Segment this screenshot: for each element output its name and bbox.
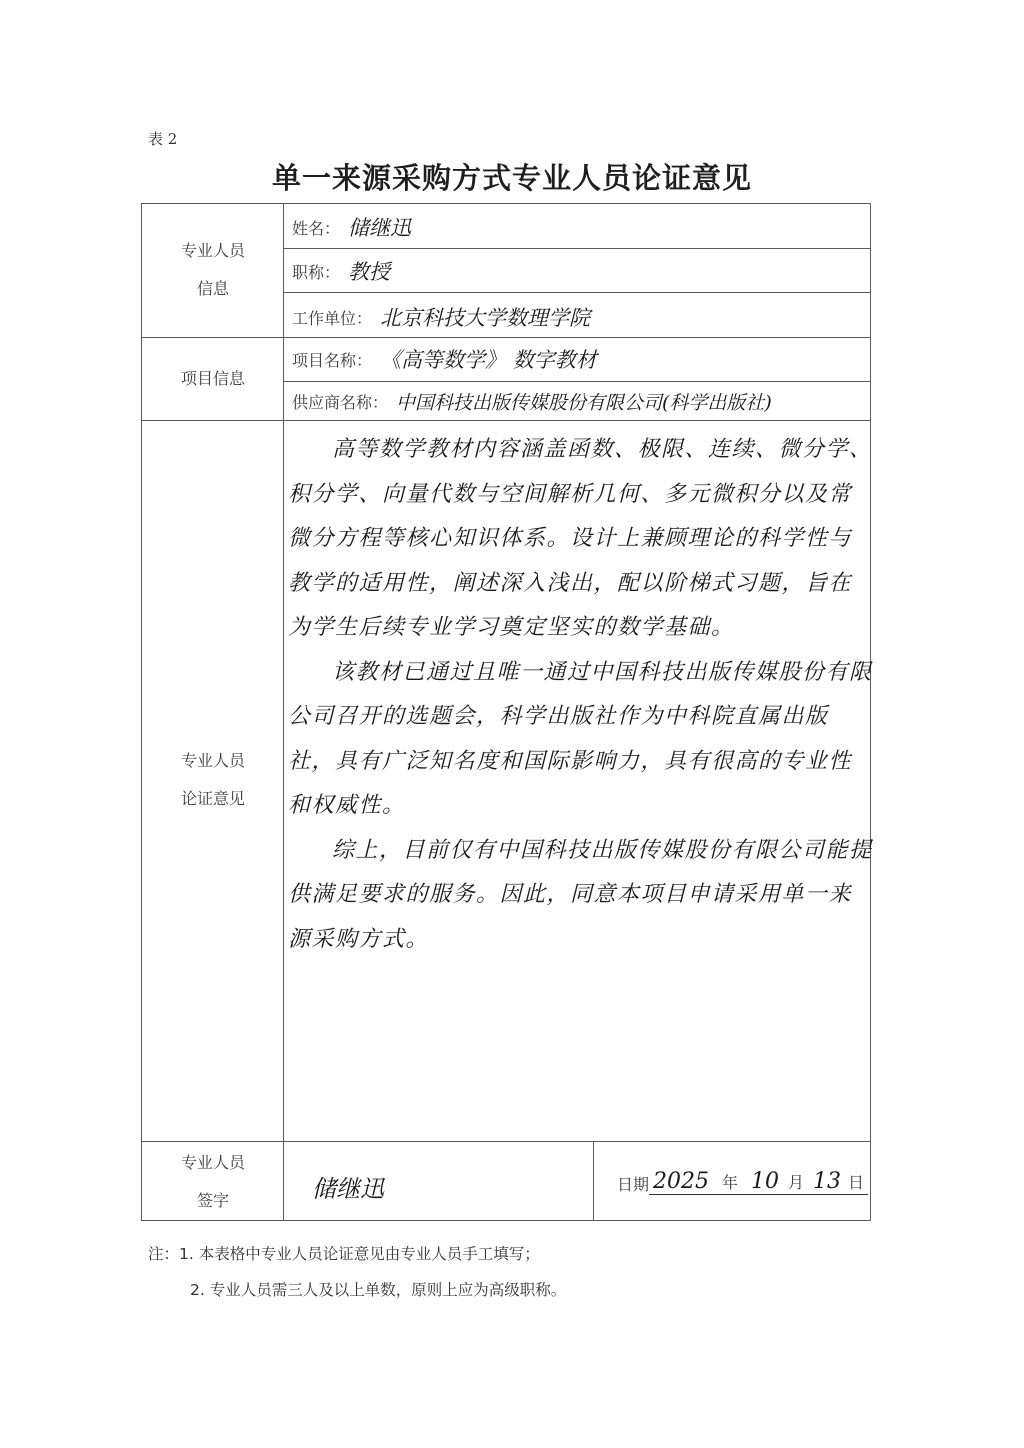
title-value: 教授: [348, 256, 390, 286]
date-month: 10: [751, 1169, 779, 1194]
project-name-label: 项目名称：: [292, 348, 372, 371]
table-number: 表 2: [148, 128, 177, 149]
title-label: 职称：: [292, 260, 340, 283]
page-title: 单一来源采购方式专业人员论证意见: [0, 156, 1024, 197]
footnotes: 注：1. 本表格中专业人员论证意见由专业人员手工填写； 2. 专业人员需三人及以…: [148, 1236, 566, 1308]
signature-row: 储继迅 日期 2025 年 10 月 13 日: [142, 1141, 871, 1220]
title-row: 职称： 教授: [292, 256, 390, 286]
org-label: 工作单位：: [292, 306, 372, 329]
date-day: 13: [813, 1169, 841, 1194]
row-divider: [283, 248, 871, 249]
date-label: 日期: [617, 1172, 649, 1195]
year-unit: 年: [722, 1173, 738, 1192]
name-label: 姓名：: [292, 216, 340, 239]
section-divider: [142, 337, 871, 338]
handwritten-signature: 储继迅: [312, 1169, 384, 1204]
org-value: 北京科技大学数理学院: [380, 302, 590, 332]
org-row: 工作单位： 北京科技大学数理学院: [292, 302, 590, 332]
date-year: 2025: [653, 1169, 709, 1194]
month-unit: 月: [788, 1173, 804, 1192]
date-underline: 2025 年 10 月 13 日: [649, 1169, 868, 1195]
note-2: 2. 专业人员需三人及以上单数，原则上应为高级职称。: [148, 1272, 566, 1308]
opinion-text: 高等数学教材内容涵盖函数、极限、连续、微分学、积分学、向量代数与空间解析几何、多…: [288, 428, 873, 962]
opinion-paragraph: 该教材已通过且唯一通过中国科技出版传媒股份有限公司召开的选题会，科学出版社作为中…: [288, 651, 873, 829]
project-name-value: 《高等数学》 数字教材: [380, 344, 597, 374]
row-divider: [283, 381, 871, 382]
row-divider: [283, 292, 871, 293]
expert-info-label: 专业人员 信息: [142, 232, 284, 308]
note-1: 注：1. 本表格中专业人员论证意见由专业人员手工填写；: [148, 1236, 566, 1272]
day-unit: 日: [848, 1173, 864, 1192]
supplier-row: 供应商名称： 中国科技出版传媒股份有限公司(科学出版社): [292, 386, 772, 416]
opinion-paragraph: 综上，目前仅有中国科技出版传媒股份有限公司能提供满足要求的服务。因此，同意本项目…: [288, 829, 873, 963]
opinion-paragraph: 高等数学教材内容涵盖函数、极限、连续、微分学、积分学、向量代数与空间解析几何、多…: [288, 428, 873, 651]
opinion-form-table: 专业人员 信息 姓名： 储继迅 职称： 教授 工作单位： 北京科技大学数理学院 …: [141, 203, 871, 1221]
supplier-value: 中国科技出版传媒股份有限公司(科学出版社): [396, 388, 772, 415]
signature-date: 日期 2025 年 10 月 13 日: [617, 1169, 868, 1195]
project-info-label: 项目信息: [142, 360, 284, 398]
name-value: 储继迅: [348, 212, 411, 242]
opinion-cell: 高等数学教材内容涵盖函数、极限、连续、微分学、积分学、向量代数与空间解析几何、多…: [142, 420, 871, 1141]
name-row: 姓名： 储继迅: [292, 212, 411, 242]
supplier-label: 供应商名称：: [292, 390, 388, 413]
project-name-row: 项目名称： 《高等数学》 数字教材: [292, 344, 597, 374]
